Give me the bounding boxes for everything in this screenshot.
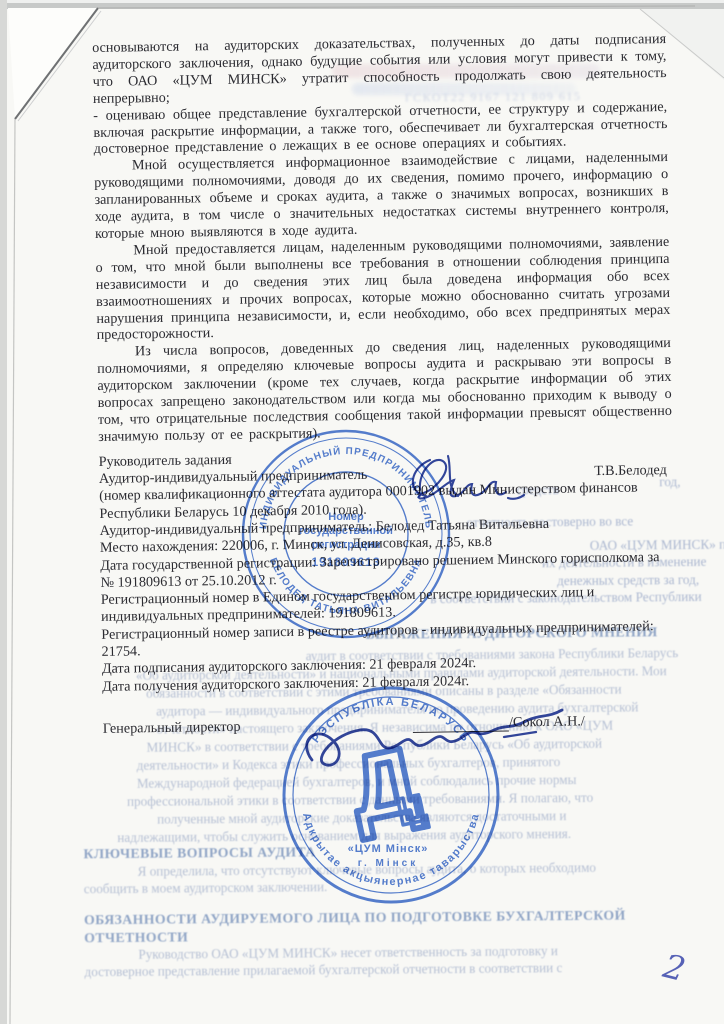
stamp-center-line3: регистрации bbox=[312, 539, 381, 551]
paragraph: основываются на аудиторских доказательст… bbox=[92, 31, 667, 108]
scanned-audit-report-page: ГСКОТ22 9167 121 809 615год,средствотчет… bbox=[0, 0, 724, 1024]
auditor-signature bbox=[396, 440, 528, 512]
scanner-background-left bbox=[0, 0, 7, 1024]
director-label: Генеральный директор bbox=[103, 719, 241, 738]
stamp-registration-number: 191809613 bbox=[311, 555, 380, 569]
paragraphs: основываются на аудиторских доказательст… bbox=[92, 31, 672, 446]
paragraph: - оцениваю общее представление бухгалтер… bbox=[93, 99, 668, 159]
paragraph: Мной предоставляется лицам, наделенным р… bbox=[95, 234, 671, 344]
scanner-background-top-light bbox=[0, 0, 724, 3]
stamp-center-line1: Номер bbox=[328, 511, 364, 523]
paragraph: Мной осуществляется информационное взаим… bbox=[94, 149, 669, 243]
company-stamp-name: «ЦУМ Мінск» bbox=[348, 843, 429, 855]
director-signature bbox=[290, 690, 582, 778]
stamp-center-line2: государственной bbox=[299, 525, 393, 537]
company-stamp-city: г. Мінск bbox=[358, 858, 418, 869]
auditor-name: Т.В.Белодед bbox=[594, 462, 673, 481]
